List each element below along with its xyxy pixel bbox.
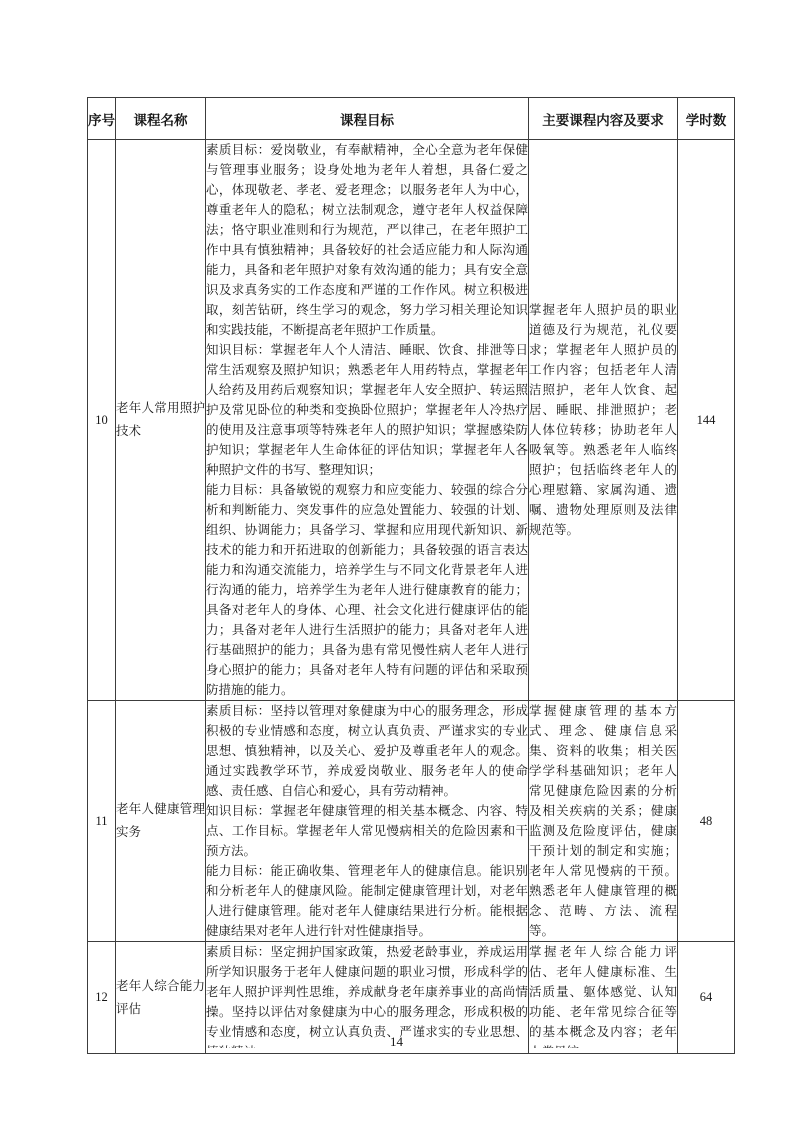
objective-paragraph-ability: 能力目标：能正确收集、管理老年人的健康信息。能识别和分析老年人的健康风险。能制定… xyxy=(206,861,528,941)
header-col-objectives: 课程目标 xyxy=(206,98,529,140)
cell-course-no: 10 xyxy=(88,140,116,701)
document-page: 序号 课程名称 课程目标 主要课程内容及要求 学时数 10 老年人常用照护技术 … xyxy=(0,0,793,1122)
page-number: 14 xyxy=(0,1034,793,1050)
cell-course-hours: 144 xyxy=(678,140,735,701)
cell-course-content: 掌握健康管理的基本方式、理念、健康信息采集、资料的收集；相关医学学科基础知识；老… xyxy=(529,701,678,942)
table-header-row: 序号 课程名称 课程目标 主要课程内容及要求 学时数 xyxy=(88,98,735,140)
table-row-course-11: 11 老年人健康管理实务 素质目标：坚持以管理对象健康为中心的服务理念，形成积极… xyxy=(88,701,735,942)
cell-course-hours: 48 xyxy=(678,701,735,942)
table-row-course-10: 10 老年人常用照护技术 素质目标：爱岗敬业，有奉献精神，全心全意为老年保健与管… xyxy=(88,140,735,701)
header-col-no: 序号 xyxy=(88,98,116,140)
header-col-course-name: 课程名称 xyxy=(116,98,206,140)
cell-course-objectives: 素质目标：爱岗敬业，有奉献精神，全心全意为老年保健与管理事业服务；设身处地为老年… xyxy=(206,140,529,701)
objective-paragraph-ability: 能力目标：具备敏锐的观察力和应变能力、较强的综合分析和判断能力、突发事件的应急处… xyxy=(206,480,528,700)
clipped-text-region: 掌握老年人综合能力评估、老年人健康标准、生活质量、躯体感觉、认知功能、老年常见综… xyxy=(529,942,677,1048)
cell-course-name: 老年人健康管理实务 xyxy=(116,701,206,942)
header-col-content: 主要课程内容及要求 xyxy=(529,98,678,140)
objective-paragraph-quality: 素质目标：爱岗敬业，有奉献精神，全心全意为老年保健与管理事业服务；设身处地为老年… xyxy=(206,140,528,340)
cell-course-content: 掌握老年人照护员的职业道德及行为规范，礼仪要求；掌握老年人照护员的工作内容；包括… xyxy=(529,140,678,701)
objective-paragraph-quality: 素质目标：坚定拥护国家政策，热爱老龄事业，养成运用所学知识服务于老年人健康问题的… xyxy=(206,942,528,1048)
cell-course-objectives: 素质目标：坚持以管理对象健康为中心的服务理念，形成积极的专业情感和态度，树立认真… xyxy=(206,701,529,942)
cell-course-name: 老年人常用照护技术 xyxy=(116,140,206,701)
objective-paragraph-knowledge: 知识目标：掌握老年人个人清洁、睡眠、饮食、排泄等日常生活观察及照护知识；熟悉老年… xyxy=(206,340,528,480)
objective-paragraph-knowledge: 知识目标：掌握老年健康管理的相关基本概念、内容、特点、工作目标。掌握老年人常见慢… xyxy=(206,801,528,861)
clipped-text-region: 素质目标：坚定拥护国家政策，热爱老龄事业，养成运用所学知识服务于老年人健康问题的… xyxy=(206,942,528,1048)
cell-course-no: 11 xyxy=(88,701,116,942)
objective-paragraph-quality: 素质目标：坚持以管理对象健康为中心的服务理念，形成积极的专业情感和态度，树立认真… xyxy=(206,701,528,801)
course-curriculum-table: 序号 课程名称 课程目标 主要课程内容及要求 学时数 10 老年人常用照护技术 … xyxy=(87,97,735,1054)
header-col-hours: 学时数 xyxy=(678,98,735,140)
